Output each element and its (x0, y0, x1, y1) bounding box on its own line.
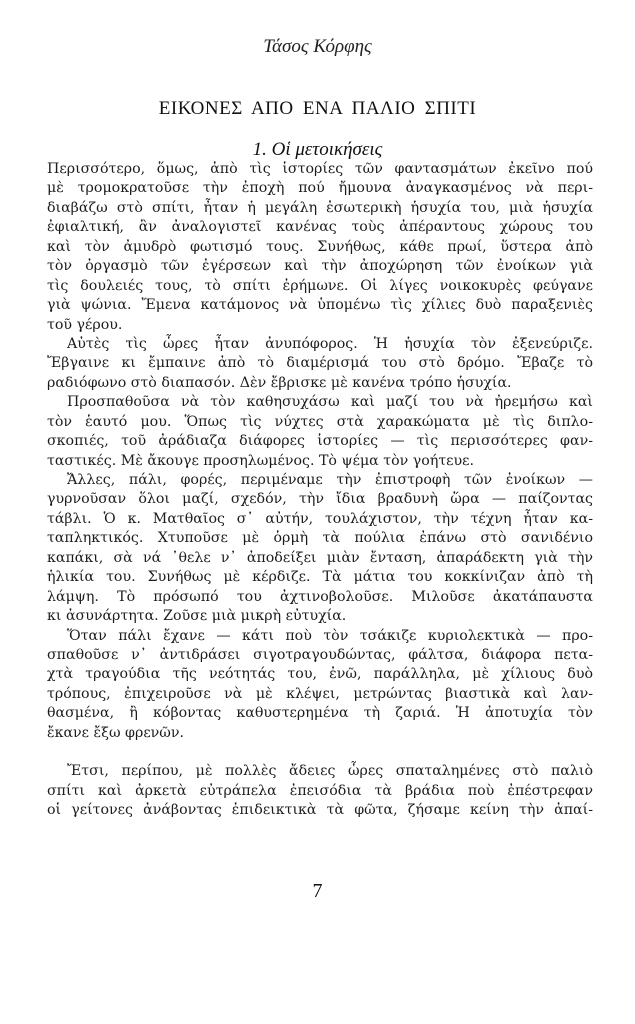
text-line: τοῦ γέρου. (47, 316, 593, 335)
paragraph: Ὅταν πάλι ἔχανε — κάτι ποὺ τὸν τσάκιζε κ… (47, 627, 593, 744)
text-line: Ἄλλες, πάλι, φορές, περιμέναμε τὴν ἐπιστ… (47, 471, 593, 490)
text-line: τάβλι. Ὁ κ. Ματθαῖος σ᾽ αὐτήν, τουλάχιστ… (47, 510, 593, 529)
text-line: ἐφιαλτική, ἂν ἀναλογιστεῖ κανένας τοὺς ἀ… (47, 218, 593, 237)
text-line: Ἔτσι, περίπου, μὲ πολλὲς ἄδειες ὧρες σπα… (47, 762, 593, 781)
section-heading: 1. Οἱ μετοικήσεις (0, 139, 635, 161)
text-line: τρόπους, ἐπιχειροῦσε νὰ μὲ κλέψει, μετρώ… (47, 685, 593, 704)
text-line: τὸν ἑαυτό μου. Ὅπως τὶς νύχτες στὰ χαρακ… (47, 413, 593, 432)
paragraph: Ἔτσι, περίπου, μὲ πολλὲς ἄδειες ὧρες σπα… (47, 762, 593, 820)
text-line: Ἔβγαινε κι ἔμπαινε ἀπὸ τὸ διαμέρισμά του… (47, 354, 593, 373)
text-line: Περισσότερο, ὅμως, ἀπὸ τὶς ἱστορίες τῶν … (47, 160, 593, 179)
text-line: θασμένα, ἢ κόβοντας καθυστερημένα τὴ ζαρ… (47, 704, 593, 723)
text-line: Ὅταν πάλι ἔχανε — κάτι ποὺ τὸν τσάκιζε κ… (47, 627, 593, 646)
text-line: χτὰ τραγούδια τῆς νεότητάς του, ἐνῶ, παρ… (47, 665, 593, 684)
text-line: γυρνοῦσαν ὅλοι μαζί, σχεδόν, τὴν ἴδια βρ… (47, 490, 593, 509)
text-line: ἡλικία του. Συνήθως μὲ κέρδιζε. Τὰ μάτια… (47, 568, 593, 587)
text-line: μὲ τρομοκρατοῦσε τὴν ἐποχὴ πού ἤμουνα ἀν… (47, 179, 593, 198)
text-line: λάμψη. Τὸ πρόσωπό του ἀχτινοβολοῦσε. Μιλ… (47, 588, 593, 607)
text-line: καὶ τὸν ἀμυδρὸ φωτισμό τους. Συνήθως, κά… (47, 238, 593, 257)
text-line: Αὐτὲς τὶς ὧρες ἦταν ἀνυπόφορος. Ἡ ἡσυχία… (47, 335, 593, 354)
text-line: ταπληκτικός. Χτυποῦσε μὲ ὁρμὴ τὰ πούλια … (47, 529, 593, 548)
paragraph: Ἄλλες, πάλι, φορές, περιμέναμε τὴν ἐπιστ… (47, 471, 593, 627)
text-line: ταστικές. Μὲ ἄκουγε προσηλωμένος. Τὸ ψέμ… (47, 452, 593, 471)
paragraph: Περισσότερο, ὅμως, ἀπὸ τὶς ἱστορίες τῶν … (47, 160, 593, 335)
chapter-title: ΕΙΚΟΝΕΣ ΑΠΟ ΕΝΑ ΠΑΛΙΟ ΣΠΙΤΙ (0, 98, 635, 120)
text-line: ἔκανε ἔξω φρενῶν. (47, 724, 593, 743)
author-name: Τάσος Κόρφης (0, 36, 635, 58)
text-line: σκοπιές, τοῦ ἀράδιαζα διάφορες ἱστορίες … (47, 432, 593, 451)
text-line: γιὰ ψώνια. Ἔμενα κατάμονος νὰ ὑπομένω τὶ… (47, 296, 593, 315)
page-number: 7 (0, 880, 635, 903)
body-text: Περισσότερο, ὅμως, ἀπὸ τὶς ἱστορίες τῶν … (47, 160, 593, 820)
text-line: τὸν ὀργασμὸ τῶν ἐγέρσεων καὶ τὴν ἀποχώρη… (47, 257, 593, 276)
paragraph: Προσπαθοῦσα νὰ τὸν καθησυχάσω καὶ μαζί τ… (47, 393, 593, 471)
text-line: ραδιόφωνο στὸ διαπασόν. Δὲν ἔβρισκε μὲ κ… (47, 374, 593, 393)
paragraph-gap (47, 743, 593, 762)
paragraph: Αὐτὲς τὶς ὧρες ἦταν ἀνυπόφορος. Ἡ ἡσυχία… (47, 335, 593, 393)
text-line: καπάκι, σὰ νά ᾽θελε ν᾽ ἀποδείξει μιὰν ἔν… (47, 549, 593, 568)
text-line: σπίτι καὶ ἀρκετὰ εὐτράπελα ἐπεισόδια τὰ … (47, 782, 593, 801)
text-line: κι ἀσυνάρτητα. Ζοῦσε μιὰ μικρὴ εὐτυχία. (47, 607, 593, 626)
text-line: τὶς δουλειές τους, τὸ σπίτι ἐρήμωνε. Οἱ … (47, 277, 593, 296)
text-line: Προσπαθοῦσα νὰ τὸν καθησυχάσω καὶ μαζί τ… (47, 393, 593, 412)
text-line: διαβάζω στὸ σπίτι, ἦταν ἡ μεγάλη ἐσωτερι… (47, 199, 593, 218)
text-line: οἱ γείτονες ἀνάβοντας ἐπιδεικτικὰ τὰ φῶτ… (47, 801, 593, 820)
text-line: σπαθοῦσε ν᾽ ἀντιδράσει σιγοτραγουδώντας,… (47, 646, 593, 665)
